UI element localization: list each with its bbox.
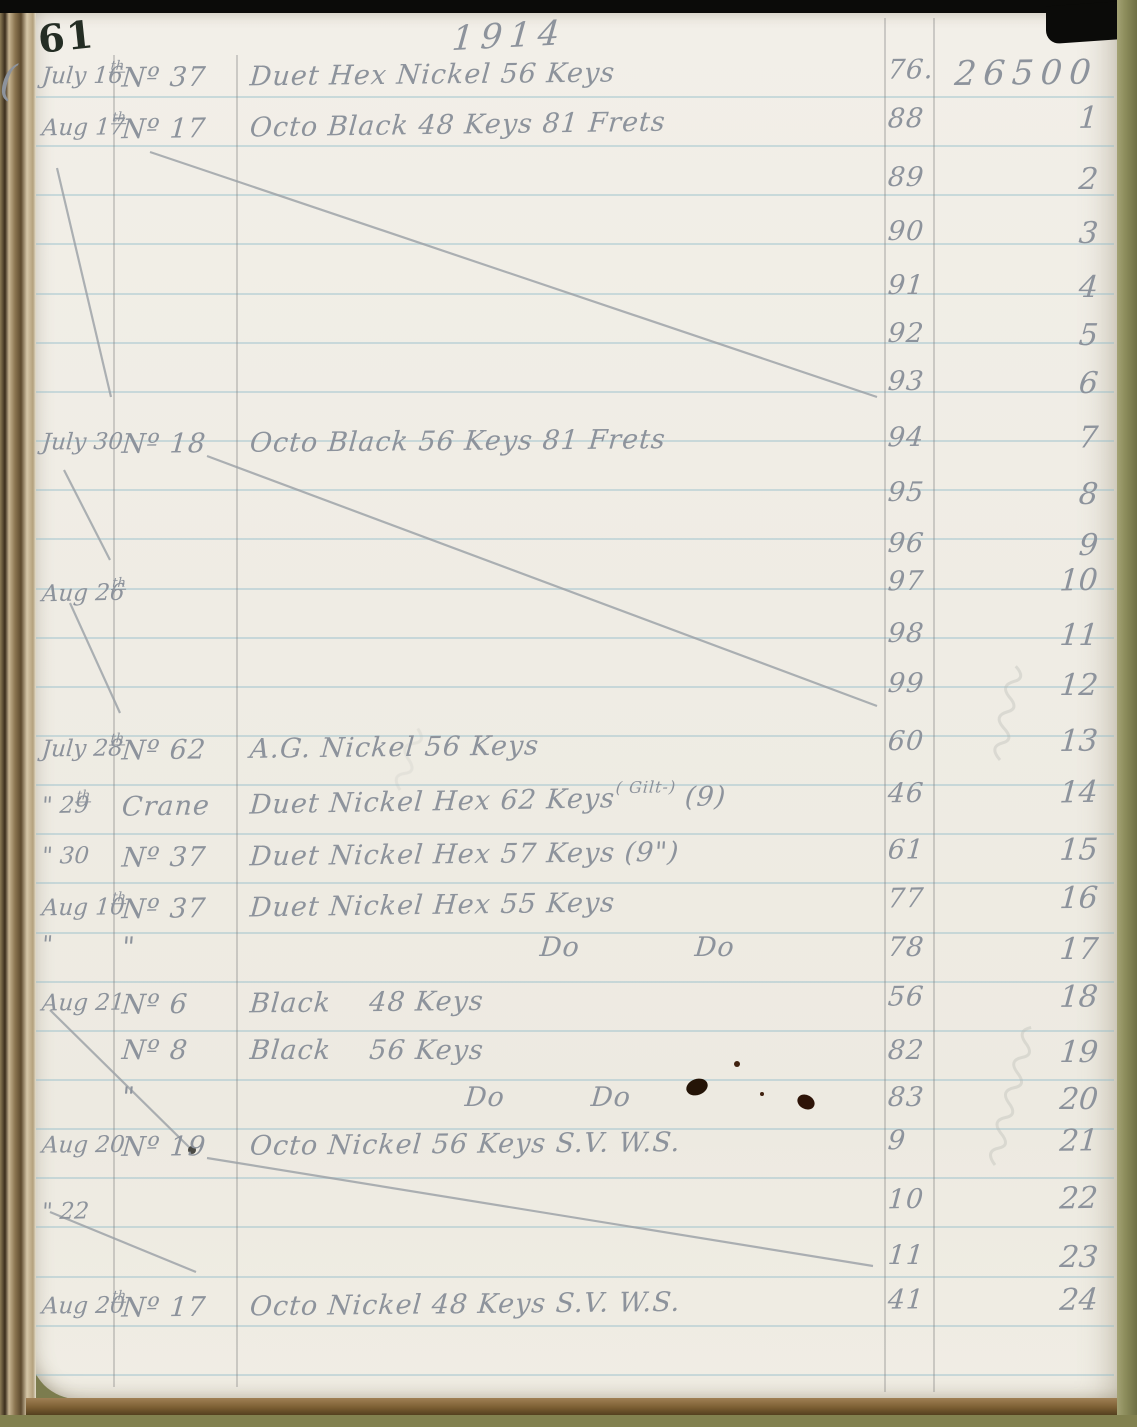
description-cell: Duet Nickel Hex 57 Keys (9")	[249, 837, 681, 873]
date-superscript: th	[111, 579, 127, 590]
date-cell: " 22	[41, 1198, 90, 1225]
batch-number-cell: 94	[887, 422, 926, 453]
date-cell: Aug 20	[41, 1132, 126, 1159]
serial-number-cell: 16	[931, 881, 1100, 918]
batch-number-cell: 90	[887, 216, 926, 247]
batch-number-cell: 96	[887, 528, 926, 559]
model-number-cell: Nº 18	[121, 428, 208, 460]
ledger-row: 958	[0, 477, 1137, 527]
serial-number-cell: 5	[930, 318, 1099, 353]
ledger-row: 9811	[0, 618, 1137, 668]
serial-number-cell: 11	[930, 618, 1099, 653]
batch-number-cell: 41	[887, 1284, 926, 1315]
serial-number-cell: 7	[931, 420, 1100, 456]
ledger-photo: 61 1914 ( July 16thNº 37Duet Hex Nickel …	[0, 0, 1137, 1427]
ledger-row: 892	[0, 162, 1137, 212]
ruled-line	[36, 1374, 1114, 1376]
description-cell: A.G. Nickel 56 Keys	[249, 730, 541, 765]
serial-number-cell: 2	[930, 162, 1099, 197]
model-number-cell: Nº 8	[121, 1035, 190, 1066]
ledger-row: ""Do Do7817	[0, 932, 1137, 982]
batch-number-cell: 56	[887, 981, 926, 1012]
serial-number-cell: 26500	[930, 52, 1099, 94]
model-number-cell: Nº 19	[121, 1131, 208, 1163]
date-superscript: th	[75, 791, 91, 802]
description-cell: Octo Black 56 Keys 81 Frets	[249, 424, 667, 459]
model-number-cell: Nº 6	[121, 989, 189, 1021]
batch-number-cell: 77	[887, 883, 926, 915]
batch-number-cell: 95	[887, 477, 926, 508]
book-cover-bottom-edge	[0, 1415, 1137, 1427]
serial-number-cell: 15	[931, 832, 1100, 869]
serial-number-cell: 9	[930, 528, 1099, 563]
page-edge-bottom	[26, 1398, 1118, 1415]
batch-number-cell: 46	[887, 778, 926, 810]
model-number-cell: Nº 37	[121, 893, 208, 925]
serial-number-cell: 6	[930, 366, 1099, 401]
date-cell: Aug 21	[41, 990, 126, 1017]
description-cell: Black 48 Keys	[249, 986, 485, 1019]
date-cell: July 16th	[41, 63, 126, 90]
book-cover-top-edge	[0, 0, 1137, 13]
description-cell: Duet Nickel Hex 55 Keys	[249, 887, 616, 923]
description-cell: Black 56 Keys	[249, 1035, 486, 1066]
serial-number-cell: 21	[931, 1123, 1100, 1159]
serial-number-cell: 14	[931, 775, 1099, 813]
date-cell: July 30	[41, 429, 124, 456]
date-cell: "	[41, 932, 54, 958]
serial-number-cell: 22	[931, 1181, 1099, 1219]
serial-number-cell: 18	[931, 979, 1100, 1016]
batch-number-cell: 60	[887, 726, 926, 757]
batch-number-cell: 98	[887, 618, 926, 649]
date-cell: July 28th	[41, 735, 126, 762]
year-heading: 1914	[450, 13, 568, 59]
ledger-row: Nº 8Black 56 Keys8219	[0, 1035, 1137, 1085]
model-number-cell: Nº 37	[121, 842, 208, 874]
serial-number-cell: 3	[930, 216, 1099, 251]
model-number-cell: Nº 62	[121, 734, 208, 766]
batch-number-cell: 9	[887, 1125, 908, 1156]
serial-number-cell: 10	[931, 563, 1099, 601]
date-cell: Aug 17th	[41, 114, 127, 141]
description-cell: Duet Hex Nickel 56 Keys	[249, 57, 617, 92]
model-number-cell: "	[121, 932, 137, 963]
serial-number-cell: 12	[930, 668, 1099, 703]
batch-number-cell: 76.	[887, 54, 935, 86]
description-tail: (9)	[674, 781, 727, 813]
date-cell: Aug 10th	[41, 894, 127, 921]
ledger-row: 903	[0, 216, 1137, 266]
ledger-row: 9912	[0, 668, 1137, 718]
model-number-cell: "	[121, 1082, 137, 1113]
batch-number-cell: 93	[887, 366, 926, 397]
ledger-row: 1123	[0, 1240, 1137, 1290]
description-cell: Do Do	[539, 932, 737, 963]
ledger-row: July 30Nº 18Octo Black 56 Keys 81 Frets9…	[0, 420, 1137, 480]
batch-number-cell: 89	[887, 162, 926, 193]
model-number-cell: Crane	[121, 790, 211, 823]
batch-number-cell: 61	[887, 834, 926, 865]
serial-number-cell: 17	[930, 932, 1099, 967]
model-number-cell: Nº 37	[121, 62, 208, 94]
serial-number-cell: 24	[931, 1282, 1100, 1319]
batch-number-cell: 78	[887, 932, 926, 963]
ledger-row: 925	[0, 318, 1137, 368]
serial-number-cell: 1	[931, 101, 1100, 138]
batch-number-cell: 91	[887, 270, 926, 301]
date-cell: " 29th	[41, 792, 92, 819]
model-number-cell: Nº 17	[121, 1292, 208, 1324]
batch-number-cell: 97	[887, 566, 926, 598]
batch-number-cell: 11	[887, 1240, 926, 1271]
ledger-row: Aug 20Nº 19Octo Nickel 56 Keys S.V. W.S.…	[0, 1123, 1137, 1183]
ledger-row: 914	[0, 270, 1137, 320]
serial-number-cell: 4	[930, 270, 1099, 305]
description-cell: Octo Black 48 Keys 81 Frets	[249, 107, 667, 144]
batch-number-cell: 92	[887, 318, 926, 349]
serial-number-cell: 13	[931, 724, 1100, 761]
description-superscript: ( Gilt-)	[615, 777, 677, 797]
description-cell: Octo Nickel 48 Keys S.V. W.S.	[249, 1287, 682, 1323]
serial-number-cell: 8	[930, 477, 1099, 512]
serial-number-cell: 23	[930, 1240, 1099, 1275]
description-cell: Do Do	[464, 1082, 633, 1113]
description-cell: Octo Nickel 56 Keys S.V. W.S.	[249, 1127, 682, 1162]
batch-number-cell: 88	[887, 103, 926, 135]
folio-number: 61	[36, 11, 97, 62]
date-cell: Aug 26th	[41, 580, 127, 608]
ledger-row: 936	[0, 366, 1137, 416]
model-number-cell: Nº 17	[121, 113, 208, 145]
batch-number-cell: 83	[887, 1082, 926, 1113]
date-cell: " 30	[41, 843, 90, 870]
serial-number-cell: 20	[930, 1082, 1099, 1117]
serial-number-cell: 19	[930, 1035, 1099, 1070]
batch-number-cell: 10	[887, 1184, 926, 1216]
batch-number-cell: 99	[887, 668, 926, 699]
batch-number-cell: 82	[887, 1035, 926, 1066]
date-cell: Aug 20th	[41, 1293, 127, 1320]
